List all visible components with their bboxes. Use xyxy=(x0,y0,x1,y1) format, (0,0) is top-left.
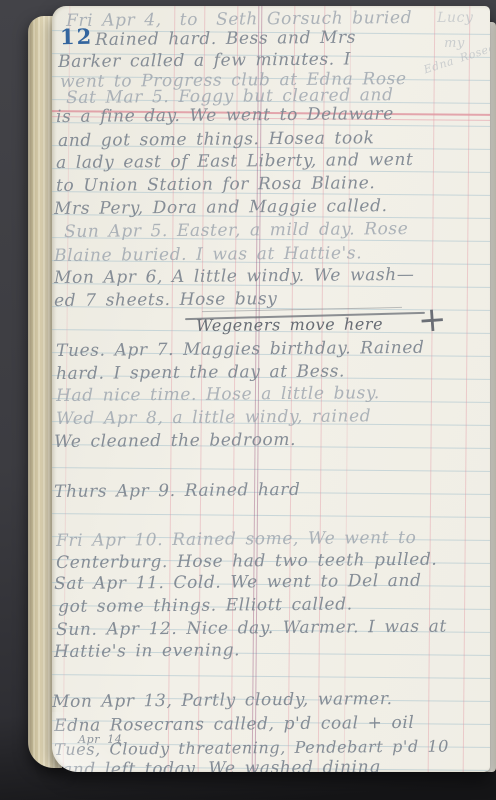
handwriting-line: a lady east of East Liberty, and went xyxy=(56,150,414,173)
handwriting-line: Lucy xyxy=(437,10,474,26)
handwriting-line: hard. I spent the day at Bess. xyxy=(56,361,345,384)
handwriting-line: Fri Apr 10. Rained some, We went to xyxy=(56,528,416,551)
handwriting-line: got some things. Elliott called. xyxy=(58,594,353,617)
handwriting-line: Wed Apr 8, a little windy, rained xyxy=(56,406,371,429)
handwriting-layer: 12 + Fri Apr 4, to Seth Gorsuch buriedRa… xyxy=(52,6,490,772)
diary-page: 12 + Fri Apr 4, to Seth Gorsuch buriedRa… xyxy=(52,6,490,772)
handwriting-line: and got some things. Hosea took xyxy=(58,128,375,151)
handwriting-line: Had nice time. Hose a little busy. xyxy=(56,383,380,406)
handwriting-line: Fri Apr 4, to Seth Gorsuch buried xyxy=(66,8,412,31)
handwriting-line: Rained hard. Bess and Mrs xyxy=(95,28,356,50)
handwriting-line: Mon Apr 6, A little windy. We wash— xyxy=(54,265,414,288)
photo-background: 12 + Fri Apr 4, to Seth Gorsuch buriedRa… xyxy=(0,0,496,800)
handwriting-line: Sun. Apr 12. Nice day. Warmer. I was at xyxy=(56,617,447,640)
handwriting-line: Thurs Apr 9. Rained hard xyxy=(54,480,301,502)
handwriting-line: Centerburg. Hose had two teeth pulled. xyxy=(56,550,437,573)
handwriting-line: to Union Station for Rosa Blaine. xyxy=(56,173,375,196)
handwriting-line: is a fine day. We went to Delaware xyxy=(56,104,394,127)
plus-mark-icon: + xyxy=(417,299,448,341)
handwriting-line: ed 7 sheets. Hose busy xyxy=(54,289,278,311)
handwriting-line: Blaine buried. I was at Hattie's. xyxy=(54,243,362,266)
handwriting-line: my xyxy=(444,36,465,51)
handwriting-line: Sun Apr 5. Easter, a mild day. Rose xyxy=(64,219,408,242)
handwriting-line: Tues. Apr 7. Maggies birthday. Rained xyxy=(56,338,425,361)
handwriting-line: Mon Apr 13, Partly cloudy, warmer. xyxy=(52,689,393,712)
page-corner-highlight xyxy=(52,712,122,772)
handwriting-line: Wegeners move here xyxy=(196,314,383,335)
handwriting-line: Hattie's in evening. xyxy=(54,640,240,662)
handwriting-line: Sat Apr 11. Cold. We went to Del and xyxy=(54,571,422,594)
handwriting-line: We cleaned the bedroom. xyxy=(54,430,296,452)
handwriting-line: Barker called a few minutes. I xyxy=(58,49,351,72)
handwriting-line: Mrs Pery, Dora and Maggie called. xyxy=(54,196,388,219)
